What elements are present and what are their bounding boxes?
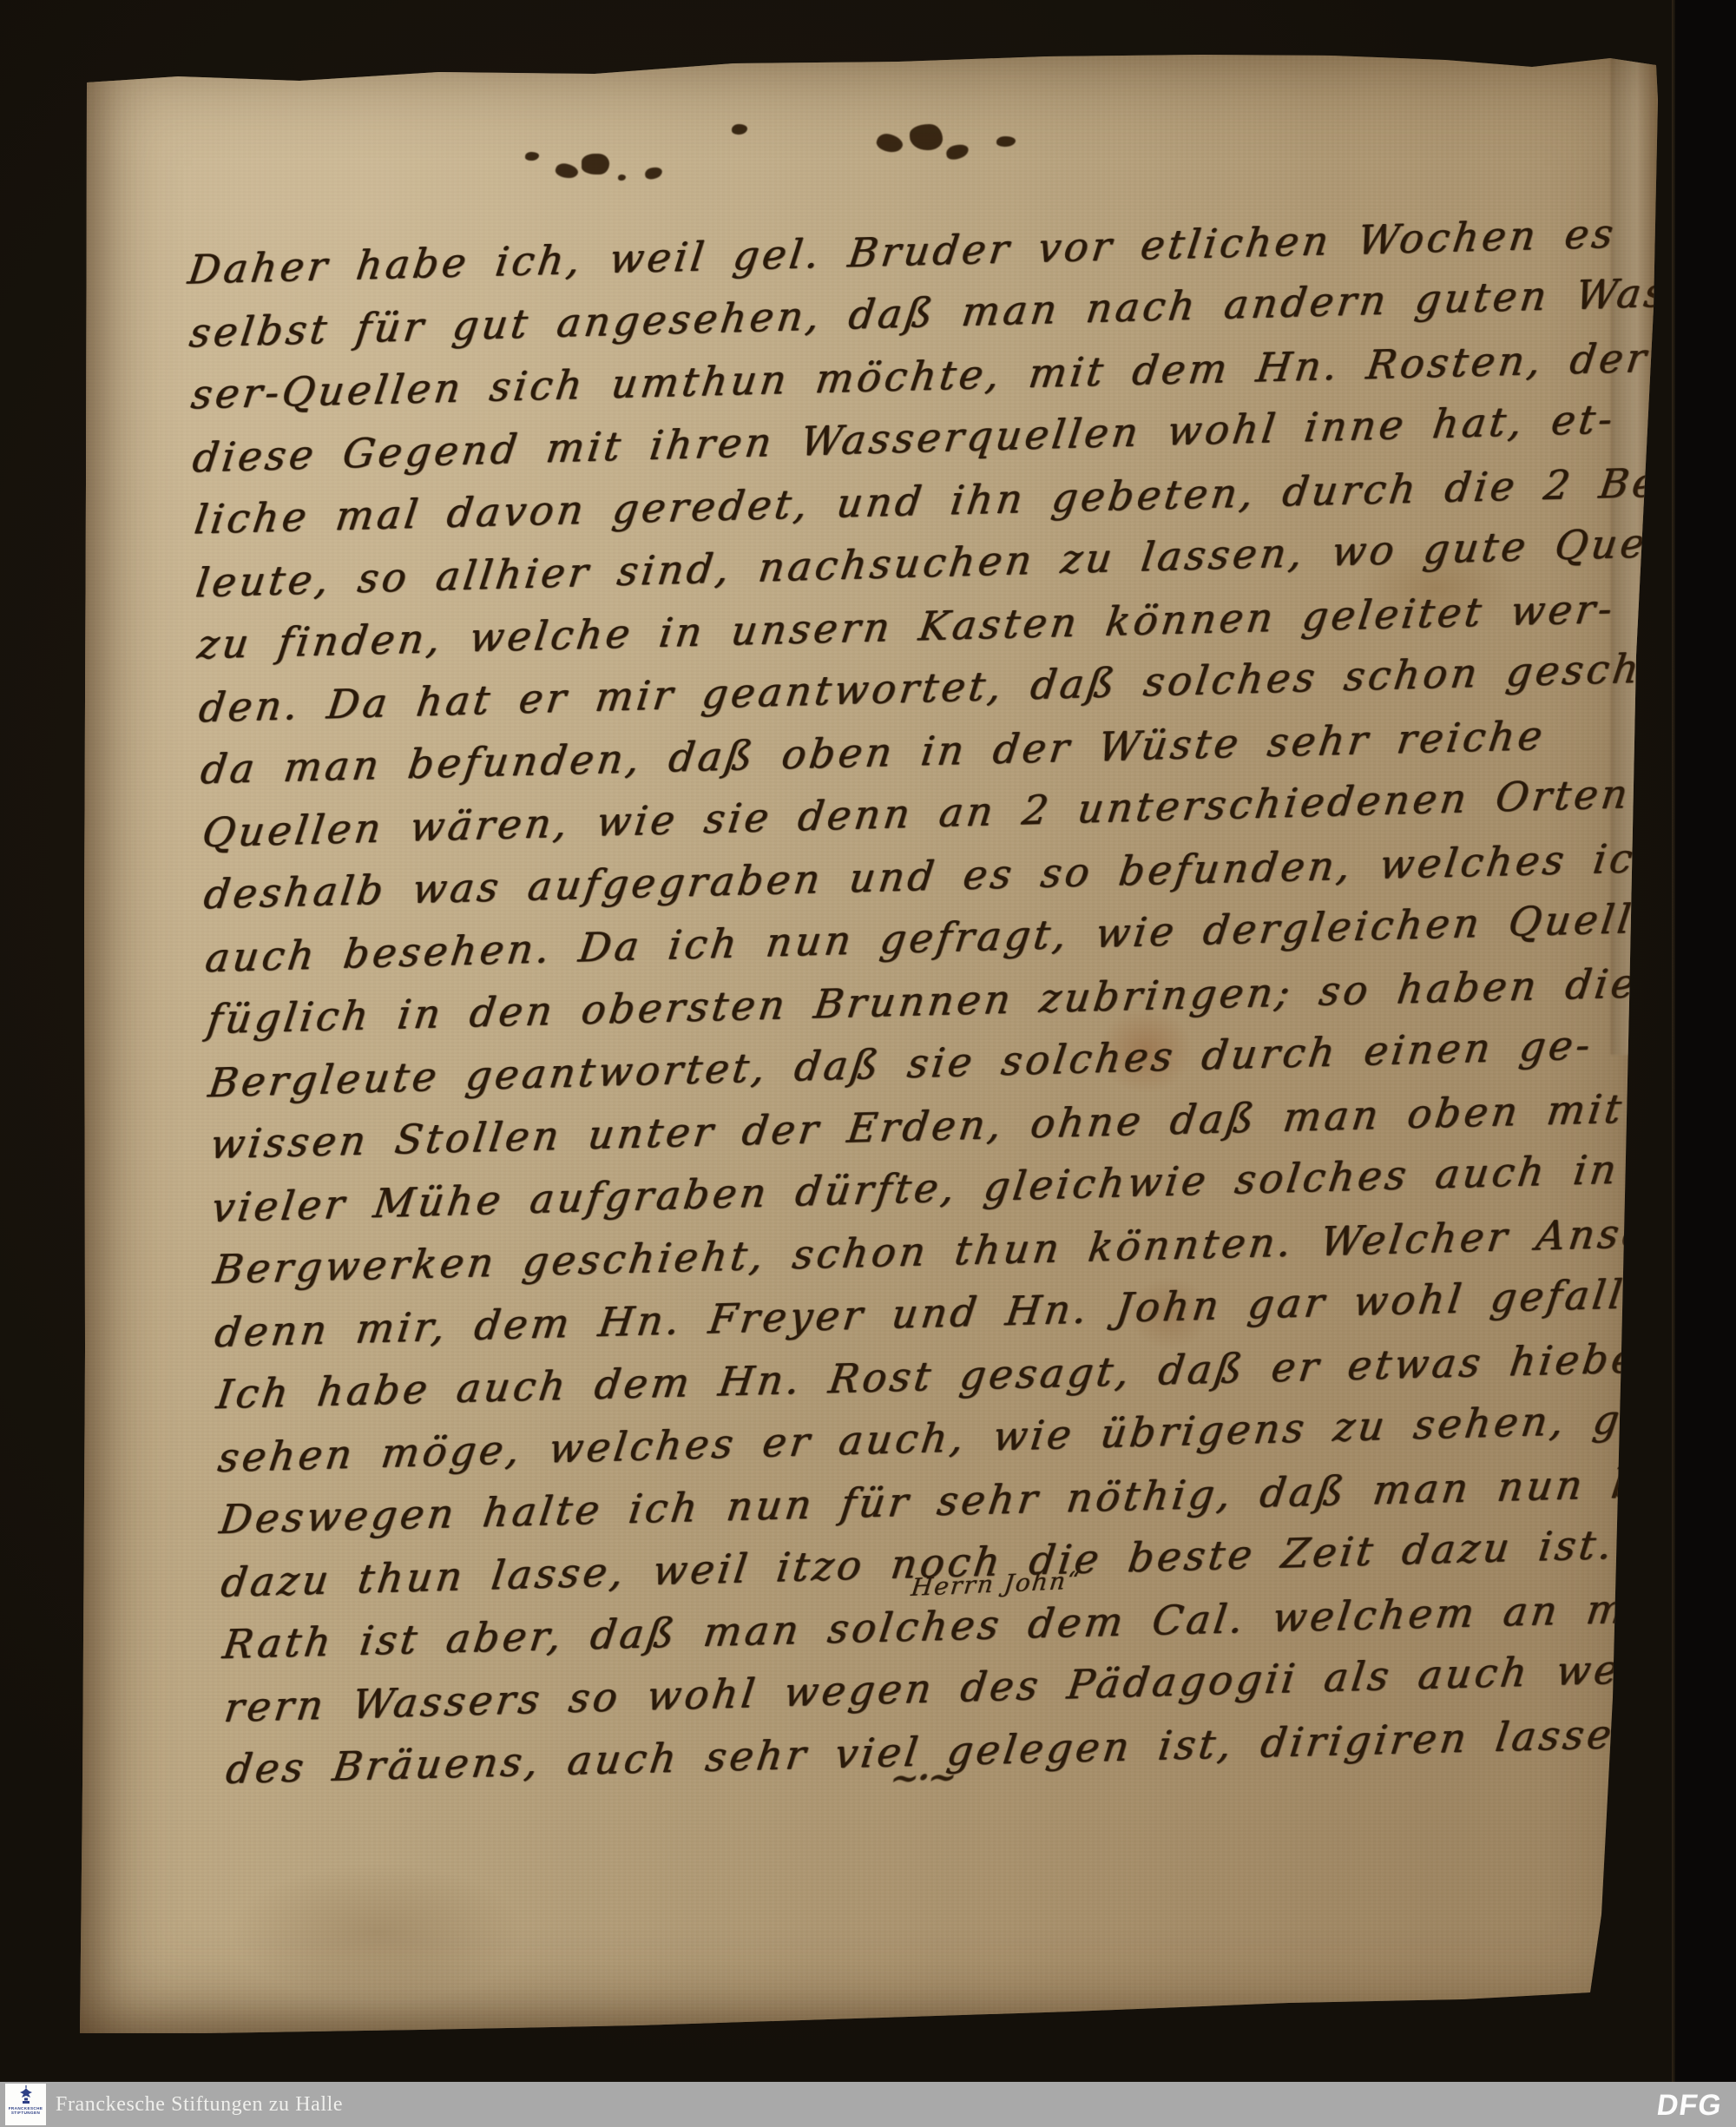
footer-bar: FRANCKESCHE STIFTUNGEN Franckesche Stift… (0, 2082, 1736, 2127)
stain (230, 1862, 525, 2001)
eagle-logo-icon (16, 2085, 36, 2106)
logo-caption-line2: STIFTUNGEN (11, 2111, 40, 2115)
ink-blot (910, 124, 943, 150)
paper-sheet: Herrn John“ ~·~ Daher habe ich, weil gel… (74, 48, 1662, 2040)
ink-blot (996, 136, 1016, 147)
ink-blot (732, 124, 747, 135)
page-mark-ink-blot (582, 154, 609, 175)
page-mark-ink-blot (618, 175, 626, 181)
dfg-logo: DFG (1654, 2089, 1724, 2123)
ink-blot (875, 131, 905, 155)
backing-right-band (1675, 0, 1736, 2082)
institution-logo: FRANCKESCHE STIFTUNGEN (5, 2084, 46, 2125)
page-mark-ink-blot (554, 161, 579, 181)
manuscript-text: Herrn John“ ~·~ Daher habe ich, weil gel… (182, 201, 1697, 1801)
page-mark-ink-blot (644, 166, 663, 180)
ink-blot (945, 142, 970, 161)
institution-name: Franckesche Stiftungen zu Halle (56, 2082, 343, 2127)
page-mark-ink-blot (525, 152, 539, 161)
backing-seam (1672, 0, 1675, 2082)
